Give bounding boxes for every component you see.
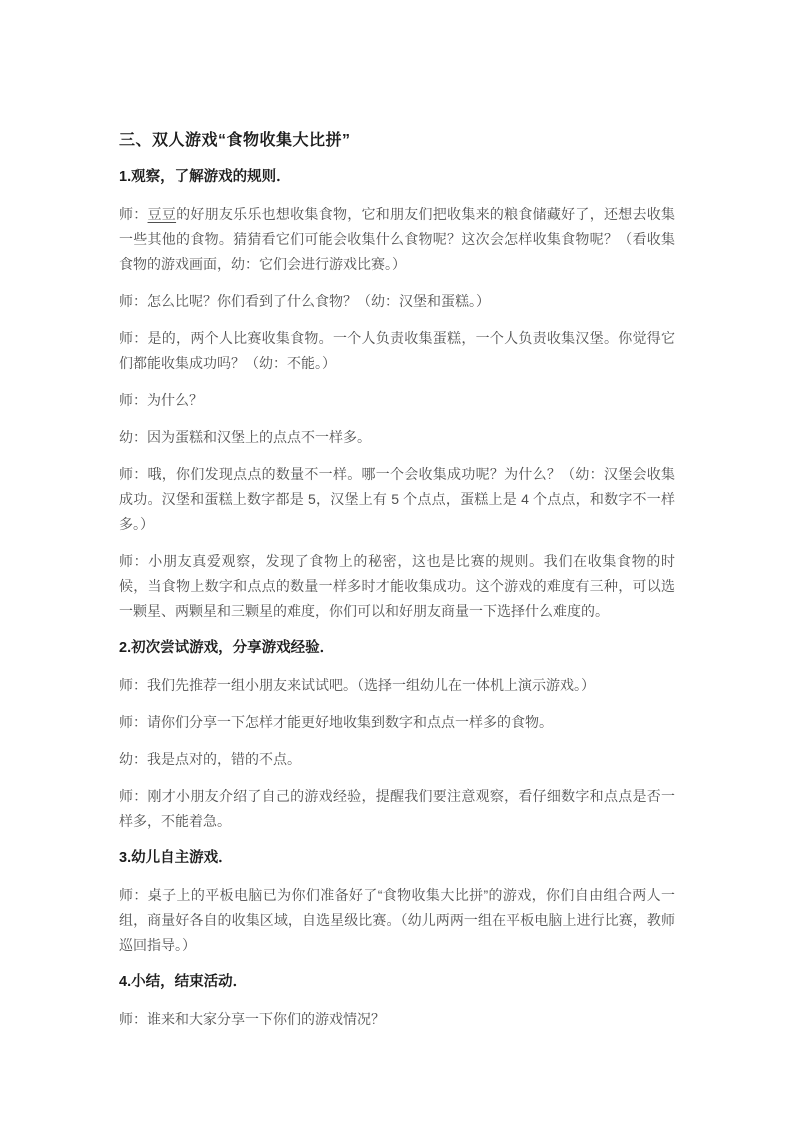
dialogue-paragraph: 幼：因为蛋糕和汉堡上的点点不一样多。 xyxy=(119,425,675,450)
section-1-heading: 1.观察，了解游戏的规则． xyxy=(119,165,675,190)
dialogue-paragraph: 师：小朋友真爱观察，发现了食物上的秘密，这也是比赛的规则。我们在收集食物的时候，… xyxy=(119,549,675,624)
dialogue-paragraph: 师：豆豆的好朋友乐乐也想收集食物，它和朋友们把收集来的粮食储藏好了，还想去收集一… xyxy=(119,202,675,277)
document-page: 三、双人游戏“食物收集大比拼” 1.观察，了解游戏的规则． 师：豆豆的好朋友乐乐… xyxy=(0,0,794,1123)
section-4-heading: 4.小结，结束活动． xyxy=(119,970,675,995)
dialogue-paragraph: 师：哦，你们发现点点的数量不一样。哪一个会收集成功呢？为什么？（幼：汉堡会收集成… xyxy=(119,462,675,537)
section-2-heading: 2.初次尝试游戏，分享游戏经验． xyxy=(119,636,675,661)
section-3-heading: 3.幼儿自主游戏． xyxy=(119,846,675,871)
speaker-prefix: 师： xyxy=(119,206,148,222)
paragraph-text: 的好朋友乐乐也想收集食物，它和朋友们把收集来的粮食储藏好了，还想去收集一些其他的… xyxy=(119,206,675,272)
dialogue-paragraph: 师：刚才小朋友介绍了自己的游戏经验，提醒我们要注意观察，看仔细数字和点点是否一样… xyxy=(119,784,675,834)
underlined-name: 豆豆 xyxy=(148,206,177,222)
dialogue-paragraph: 师：谁来和大家分享一下你们的游戏情况？ xyxy=(119,1007,675,1032)
dialogue-paragraph: 师：是的，两个人比赛收集食物。一个人负责收集蛋糕，一个人负责收集汉堡。你觉得它们… xyxy=(119,326,675,376)
document-title: 三、双人游戏“食物收集大比拼” xyxy=(119,128,675,153)
dialogue-paragraph: 师：我们先推荐一组小朋友来试试吧。（选择一组幼儿在一体机上演示游戏。） xyxy=(119,673,675,698)
dialogue-paragraph: 幼：我是点对的，错的不点。 xyxy=(119,747,675,772)
dialogue-paragraph: 师：请你们分享一下怎样才能更好地收集到数字和点点一样多的食物。 xyxy=(119,710,675,735)
dialogue-paragraph: 师：怎么比呢？你们看到了什么食物？（幼：汉堡和蛋糕。） xyxy=(119,289,675,314)
dialogue-paragraph: 师：桌子上的平板电脑已为你们准备好了“食物收集大比拼”的游戏，你们自由组合两人一… xyxy=(119,883,675,958)
dialogue-paragraph: 师：为什么？ xyxy=(119,388,675,413)
